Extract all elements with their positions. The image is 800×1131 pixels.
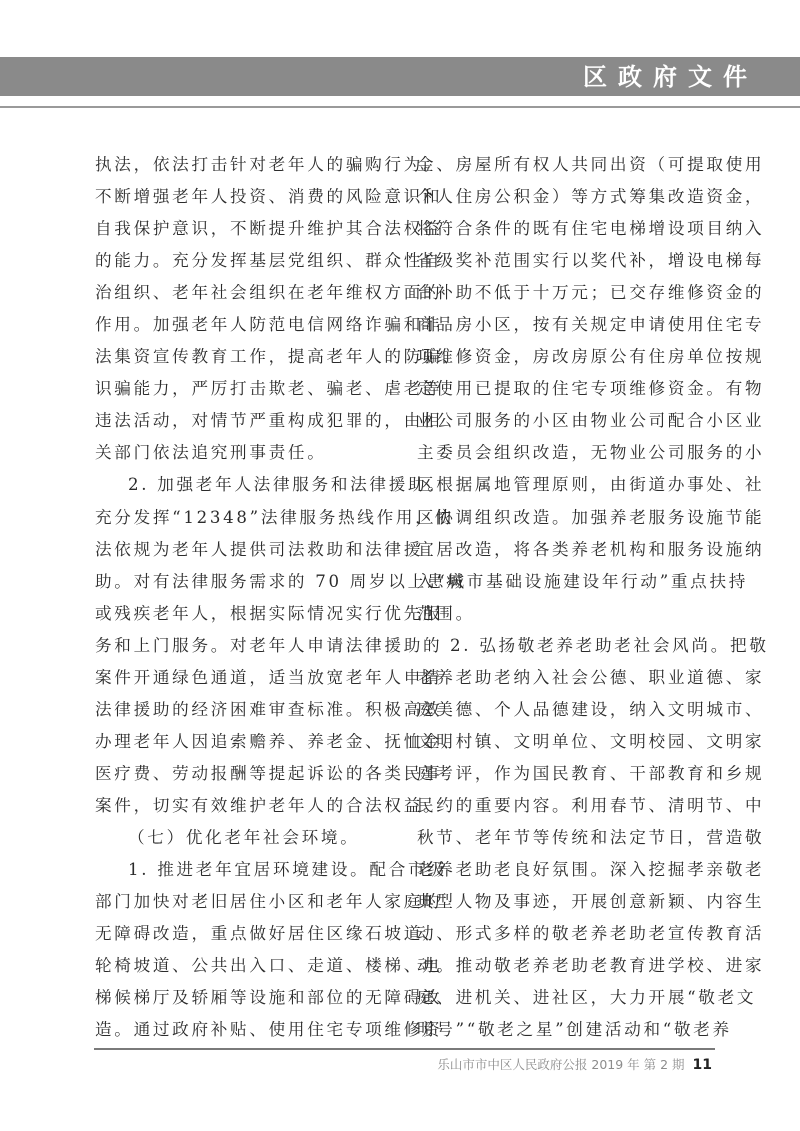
- text-line: 主委员会组织改造，无物业公司服务的小: [417, 437, 713, 469]
- left-column: 执法，依法打击针对老年人的骗购行为。不断增强老年人投资、消费的风险意识和自我保护…: [95, 149, 391, 1046]
- text-line: 梯候梯厅及轿厢等设施和部位的无障碍改: [95, 982, 391, 1014]
- page-footer: 乐山市市中区人民政府公报 2019 年 第 2 期 11: [437, 1057, 712, 1073]
- header-divider: [0, 106, 800, 108]
- text-line: 老养老助老纳入社会公德、职业道德、家: [417, 662, 713, 694]
- text-line: 典型人物及事迹，开展创意新颖、内容生: [417, 886, 713, 918]
- text-line: 区根据属地管理原则，由街道办事处、社: [417, 469, 713, 501]
- right-column: 金、房屋所有权人共同出资（可提取使用个人住房公积金）等方式筹集改造资金，将符合条…: [417, 149, 713, 1046]
- text-line: 助。对有法律服务需求的 70 周岁以上患病: [95, 566, 391, 598]
- text-line: 动、形式多样的敬老养老助老宣传教育活: [417, 918, 713, 950]
- text-line: 将符合条件的既有住宅电梯增设项目纳入: [417, 213, 713, 245]
- text-line: 或残疾老年人，根据实际情况实行优先服: [95, 598, 391, 630]
- text-line: 范围。: [417, 598, 713, 630]
- text-line: 医疗费、劳动报酬等提起诉讼的各类民事: [95, 758, 391, 790]
- text-line: 省级奖补范围实行以奖代补，增设电梯每: [417, 245, 713, 277]
- text-line: 动。推动敬老养老助老教育进学校、进家: [417, 950, 713, 982]
- section-title: 区政府文件: [583, 62, 758, 92]
- text-line: 民约的重要内容。利用春节、清明节、中: [417, 790, 713, 822]
- text-line: 部门加快对老旧居住小区和老年人家庭的: [95, 886, 391, 918]
- text-line: 无障碍改造，重点做好居住区缘石坡道、: [95, 918, 391, 950]
- text-line: 治组织、老年社会组织在老年维权方面的: [95, 277, 391, 309]
- text-line: 法律援助的经济困难审查标准。积极高效: [95, 694, 391, 726]
- page-number: 11: [693, 1057, 712, 1073]
- text-line: 1. 推进老年宜居环境建设。配合市级: [95, 854, 391, 886]
- text-line: 识骗能力，严厉打击欺老、骗老、虐老等: [95, 373, 391, 405]
- text-line: 2. 加强老年人法律服务和法律援助。: [95, 469, 391, 501]
- text-line: 法集资宣传教育工作，提高老年人的防骗、: [95, 341, 391, 373]
- text-line: 宜居改造，将各类养老机构和服务设施纳: [417, 534, 713, 566]
- text-line: 庭、进机关、进社区，大力开展“敬老文: [417, 982, 713, 1014]
- text-line: 充分发挥“12348”法律服务热线作用，依: [95, 502, 391, 534]
- text-line: 金、房屋所有权人共同出资（可提取使用: [417, 149, 713, 181]
- text-line: 2. 弘扬敬老养老助老社会风尚。把敬: [417, 630, 713, 662]
- text-line: 务和上门服务。对老年人申请法律援助的: [95, 630, 391, 662]
- text-line: 作用。加强老年人防范电信网络诈骗和非: [95, 309, 391, 341]
- text-line: 商品房小区，按有关规定申请使用住宅专: [417, 309, 713, 341]
- text-line: 秋节、老年节等传统和法定节日，营造敬: [417, 822, 713, 854]
- text-line: 明号”“敬老之星”创建活动和“敬老养: [417, 1014, 713, 1046]
- text-line: 的能力。充分发挥基层党组织、群众性自: [95, 245, 391, 277]
- text-line: 项维修资金，房改房原公有住房单位按规: [417, 341, 713, 373]
- text-line: 轮椅坡道、公共出入口、走道、楼梯、电: [95, 950, 391, 982]
- text-line: 关部门依法追究刑事责任。: [95, 437, 391, 469]
- text-line: 案件开通绿色通道，适当放宽老年人申请: [95, 662, 391, 694]
- text-line: 造。通过政府补贴、使用住宅专项维修资: [95, 1014, 391, 1046]
- text-line: 办理老年人因追索赡养、养老金、抚恤金、: [95, 726, 391, 758]
- text-line: 案件，切实有效维护老年人的合法权益。: [95, 790, 391, 822]
- text-line: 老养老助老良好氛围。深入挖掘孝亲敬老: [417, 854, 713, 886]
- text-line: 法依规为老年人提供司法救助和法律援: [95, 534, 391, 566]
- text-line: 庭考评，作为国民教育、干部教育和乡规: [417, 758, 713, 790]
- publication-info: 乐山市市中区人民政府公报 2019 年 第 2 期: [437, 1057, 684, 1072]
- text-line: （七）优化老年社会环境。: [95, 822, 391, 854]
- text-line: 区协调组织改造。加强养老服务设施节能: [417, 502, 713, 534]
- footer-divider: [94, 1048, 715, 1050]
- text-line: 违法活动，对情节严重构成犯罪的，由相: [95, 405, 391, 437]
- text-line: 台补助不低于十万元；已交存维修资金的: [417, 277, 713, 309]
- text-line: 不断增强老年人投资、消费的风险意识和: [95, 181, 391, 213]
- header-bar: 区政府文件: [0, 57, 800, 96]
- text-line: 定使用已提取的住宅专项维修资金。有物: [417, 373, 713, 405]
- text-line: 个人住房公积金）等方式筹集改造资金，: [417, 181, 713, 213]
- text-line: 自我保护意识，不断提升维护其合法权益: [95, 213, 391, 245]
- text-line: 文明村镇、文明单位、文明校园、文明家: [417, 726, 713, 758]
- text-line: 执法，依法打击针对老年人的骗购行为。: [95, 149, 391, 181]
- text-line: 业公司服务的小区由物业公司配合小区业: [417, 405, 713, 437]
- text-line: 入“城市基础设施建设年行动”重点扶持: [417, 566, 713, 598]
- text-line: 庭美德、个人品德建设，纳入文明城市、: [417, 694, 713, 726]
